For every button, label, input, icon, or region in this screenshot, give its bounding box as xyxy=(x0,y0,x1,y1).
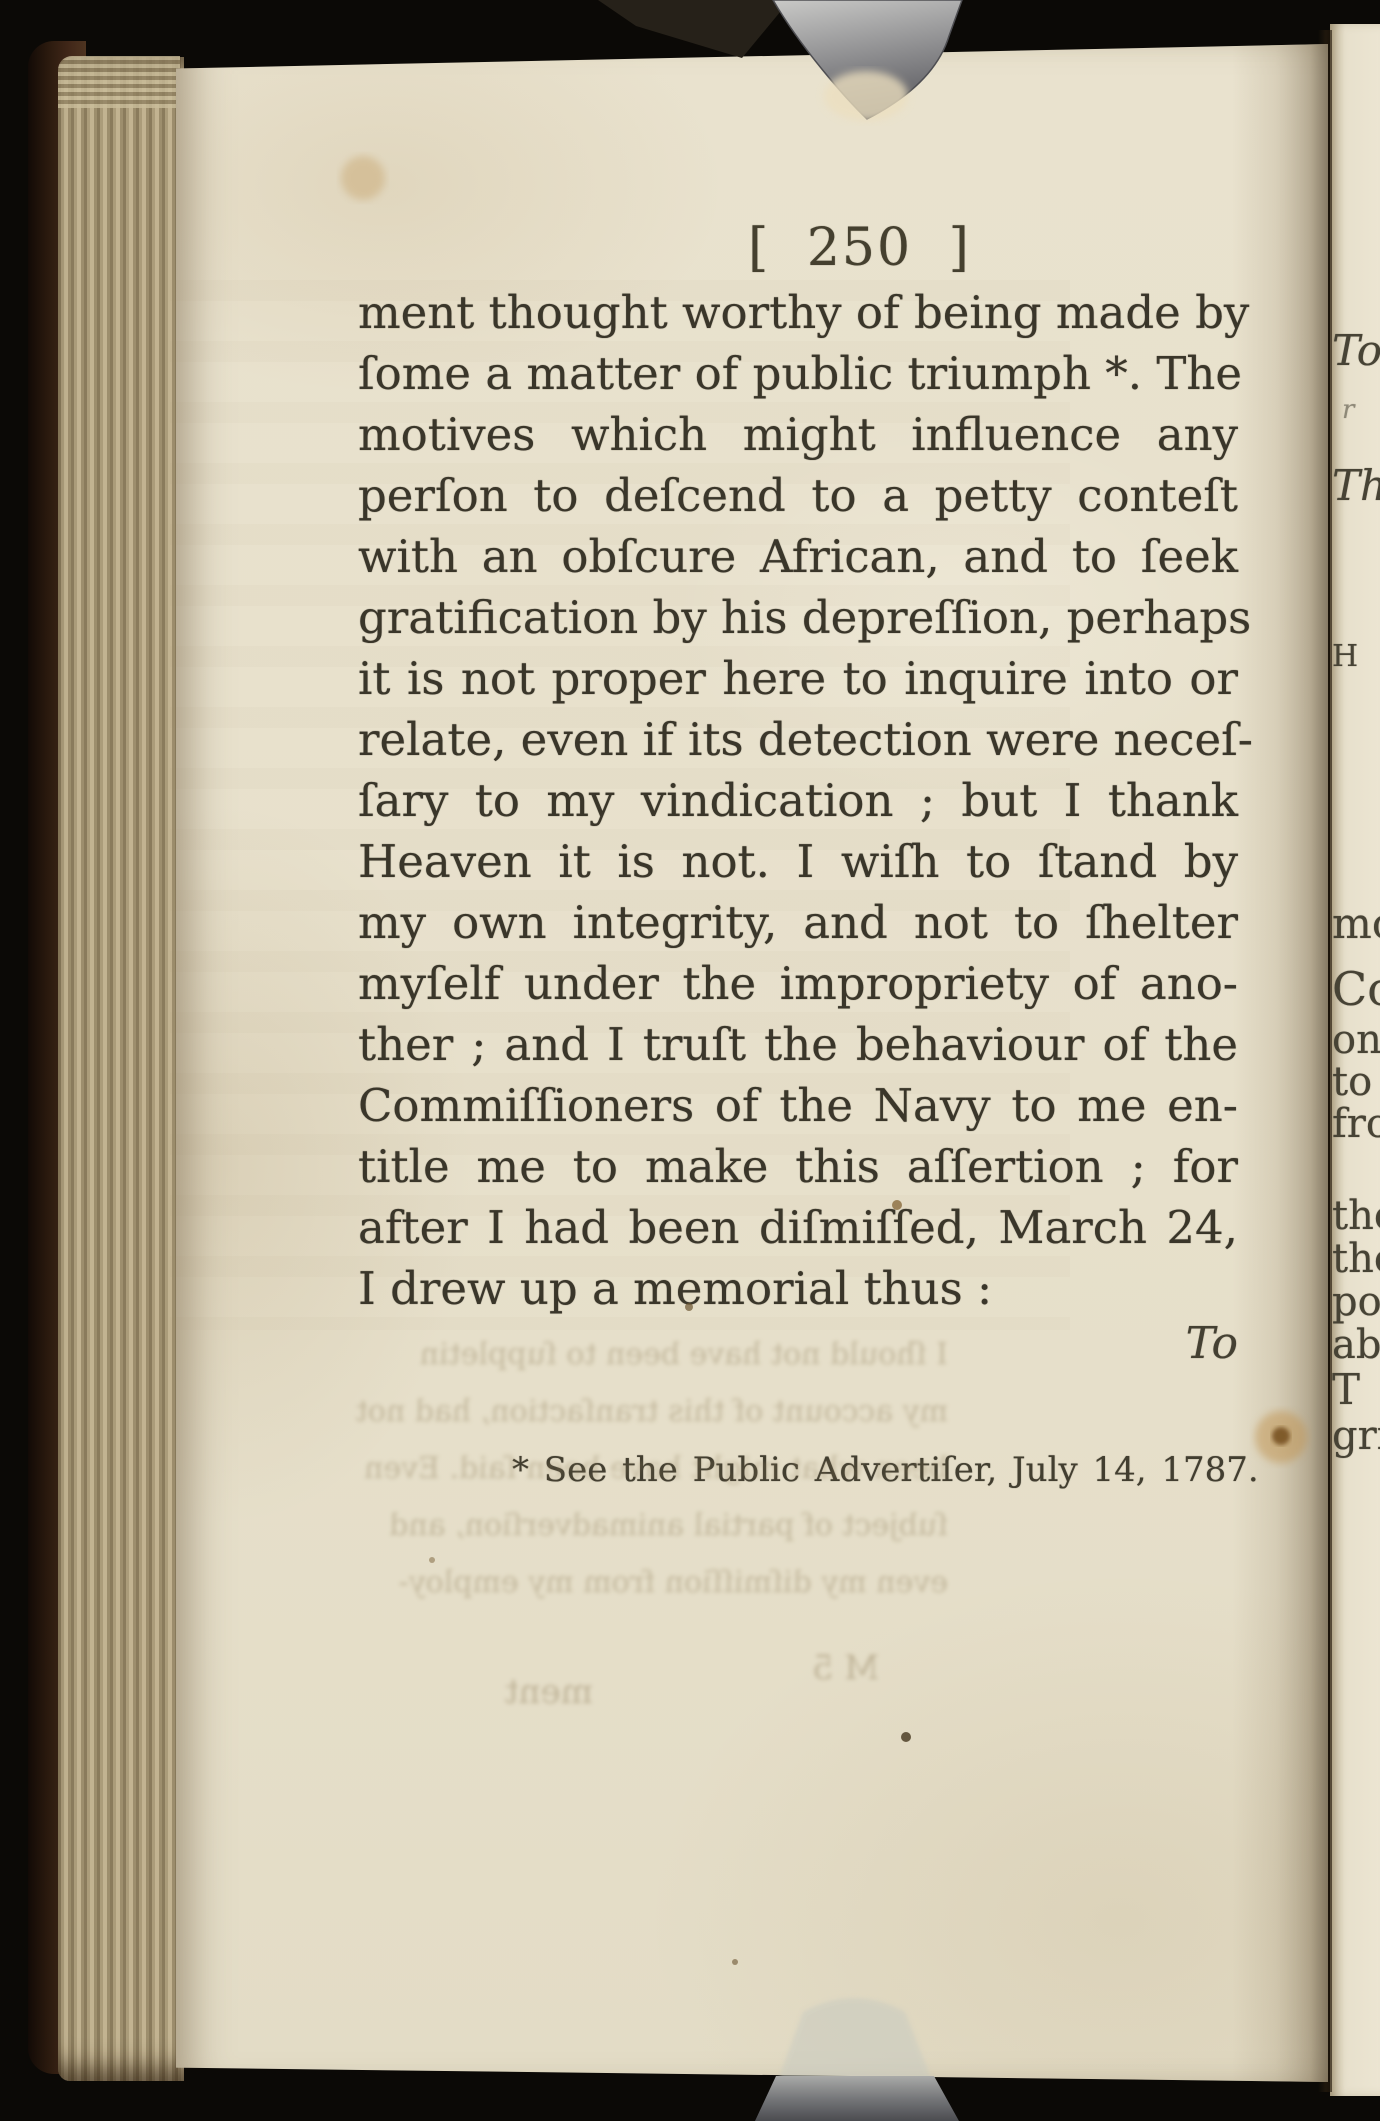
showthrough-line: M 5 xyxy=(812,1648,879,1688)
next-page-fragment: mo xyxy=(1332,903,1380,945)
next-page-fragment: to xyxy=(1332,1062,1372,1102)
metal-clip-bottom xyxy=(755,2076,959,2121)
next-page-edge: To r Th H mo Co on to fro the the poi ab… xyxy=(1330,24,1380,2096)
body-line: it is not proper here to inquire into or xyxy=(358,648,1238,709)
next-page-fragment: Co xyxy=(1332,966,1380,1012)
showthrough-line: my account of this tranſaction, had not xyxy=(438,1383,948,1440)
body-line: I drew up a memorial thus : xyxy=(358,1258,1238,1319)
body-line: gratification by his depreſſion, perhaps xyxy=(358,587,1238,648)
body-line: ſome a matter of public triumph *. The xyxy=(358,343,1238,404)
body-line: title me to make this aſſertion ; for xyxy=(358,1136,1238,1197)
clip-shadow-top xyxy=(598,0,790,58)
next-page-fragment: poi xyxy=(1332,1282,1380,1322)
showthrough-line: ſubject of partial animadverſion, and xyxy=(438,1497,948,1554)
showthrough-line: been what might have been ſaid. Even xyxy=(438,1440,948,1497)
body-line: Commiſſioners of the Navy to me en- xyxy=(358,1075,1238,1136)
next-page-fragment: abo xyxy=(1332,1325,1380,1365)
body-line: ſary to my vindication ; but I thank xyxy=(358,770,1238,831)
next-page-fragment: fro xyxy=(1332,1104,1380,1144)
next-page-fragment: on xyxy=(1332,1020,1380,1060)
showthrough-line: even my diſmiſſion from my employ- xyxy=(438,1554,948,1611)
body-text: ment thought worthy of being made by ſom… xyxy=(358,282,1238,1319)
body-line: after I had been diſmiſſed, March 24, xyxy=(358,1197,1238,1258)
page-curl-shading xyxy=(1232,42,1328,2084)
next-page-fragment: To xyxy=(1332,330,1380,372)
body-line: myſelf under the impropriety of ano- xyxy=(358,953,1238,1014)
body-line: ment thought worthy of being made by xyxy=(358,282,1238,343)
page-edge-stack xyxy=(58,57,184,2081)
page-number: [ 250 ] xyxy=(748,218,971,278)
body-line: ther ; and I truſt the behaviour of the xyxy=(358,1014,1238,1075)
page-edge-stack-top xyxy=(58,56,180,108)
next-page-fragment: Th xyxy=(1332,465,1380,507)
next-page-fragment: T xyxy=(1332,1369,1360,1411)
photo-of-book: { "photo": { "header": "[ 250 ]", "body_… xyxy=(0,0,1380,2121)
next-page-fragment: the xyxy=(1332,1239,1380,1279)
showthrough-line: ment xyxy=(505,1672,593,1712)
body-line: perſon to deſcend to a petty conteſt xyxy=(358,465,1238,526)
showthrough-line: I ſhould not have been to ſuppletin xyxy=(438,1326,948,1383)
next-page-fragment: H xyxy=(1332,642,1358,672)
next-page-fragment: grie xyxy=(1332,1416,1380,1456)
next-page-fragment: the xyxy=(1332,1196,1380,1236)
next-page-fragment: r xyxy=(1342,397,1354,423)
body-line: with an obſcure African, and to ſeek xyxy=(358,526,1238,587)
showthrough-text: I ſhould not have been to ſuppletin my a… xyxy=(438,1326,948,1611)
body-line: motives which might influence any xyxy=(358,404,1238,465)
body-line: relate, even if its detection were neceſ… xyxy=(358,709,1238,770)
body-line: my own integrity, and not to ſhelter xyxy=(358,892,1238,953)
body-line: Heaven it is not. I wiſh to ſtand by xyxy=(358,831,1238,892)
